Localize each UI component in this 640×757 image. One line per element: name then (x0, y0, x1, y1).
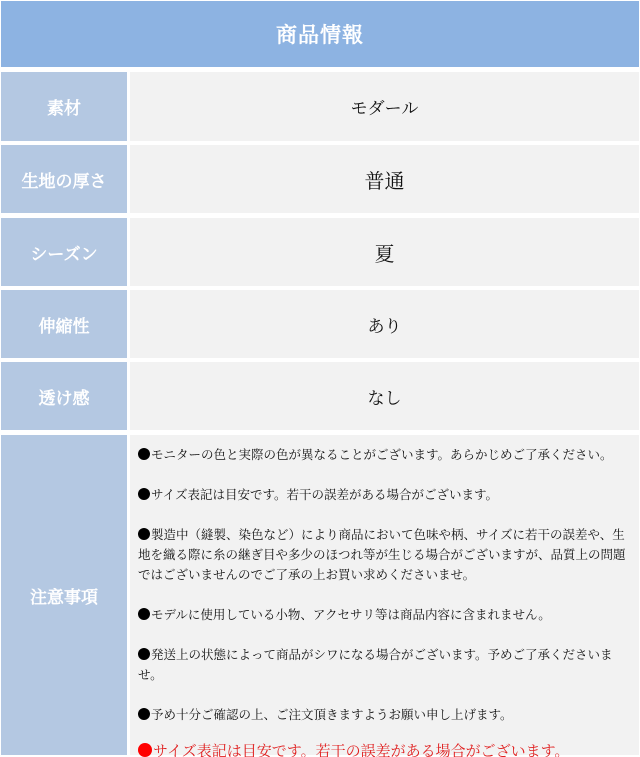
note-item: サイズ表記は目安です。若干の誤差がある場合がございます。 (138, 485, 631, 505)
notes-row: 注意事項 モニターの色と実際の色が異なることがございます。あらかじめご了承くださ… (1, 435, 639, 755)
product-info-header: 商品情報 (1, 1, 639, 67)
bullet-icon (138, 448, 150, 460)
note-item: 予め十分ご確認の上、ご注文頂きますようお願い申し上げます。 (138, 705, 631, 725)
bullet-icon (138, 708, 150, 720)
note-item: 製造中（縫製、染色など）により商品において色味や柄、サイズに若干の誤差や、生地を… (138, 525, 631, 585)
notes-content: モニターの色と実際の色が異なることがございます。あらかじめご了承ください。 サイ… (130, 435, 639, 755)
note-highlight-warning: サイズ表記は目安です。若干の誤差がある場合がございます。 (138, 741, 631, 757)
bullet-icon (138, 608, 150, 620)
spec-value: モダール (130, 72, 639, 141)
notes-label: 注意事項 (1, 435, 127, 755)
spec-label: シーズン (1, 218, 127, 286)
spec-label: 伸縮性 (1, 290, 127, 358)
note-item: 発送上の状態によって商品がシワになる場合がございます。予めご了承くださいませ。 (138, 645, 631, 685)
bullet-icon (138, 488, 150, 500)
spec-row-stretch: 伸縮性 あり (1, 290, 639, 358)
spec-value: なし (130, 362, 639, 430)
page-title: 商品情報 (276, 19, 364, 49)
red-bullet-icon (138, 743, 152, 757)
spec-row-sheerness: 透け感 なし (1, 362, 639, 430)
note-item: モデルに使用している小物、アクセサリ等は商品内容に含まれません。 (138, 605, 631, 625)
spec-label: 生地の厚さ (1, 145, 127, 213)
spec-value: 普通 (130, 145, 639, 213)
spec-value: 夏 (130, 218, 639, 286)
bullet-icon (138, 528, 150, 540)
bullet-icon (138, 648, 150, 660)
spec-row-material: 素材 モダール (1, 72, 639, 141)
spec-value: あり (130, 290, 639, 358)
spec-label: 素材 (1, 72, 127, 141)
spec-label: 透け感 (1, 362, 127, 430)
spec-row-thickness: 生地の厚さ 普通 (1, 145, 639, 213)
note-item: モニターの色と実際の色が異なることがございます。あらかじめご了承ください。 (138, 445, 631, 465)
spec-row-season: シーズン 夏 (1, 218, 639, 286)
